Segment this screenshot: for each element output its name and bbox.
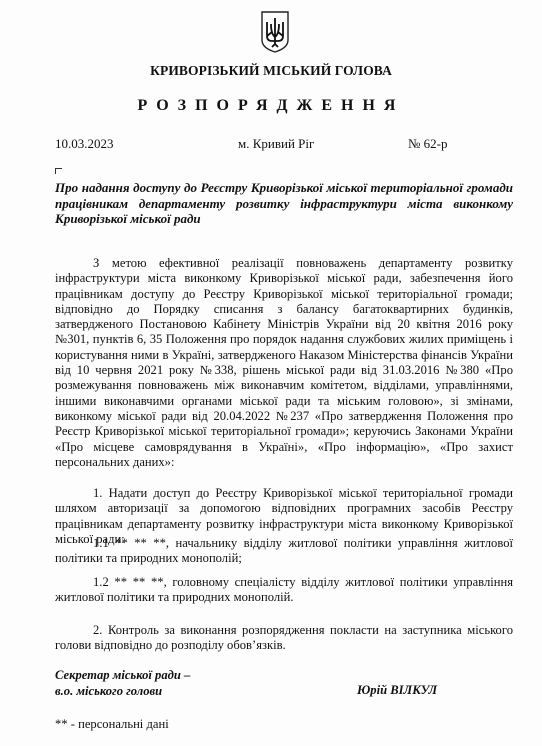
preamble-text: З метою ефективної реалізації повноважен…: [55, 256, 513, 469]
organization-title: КРИВОРІЗЬКИЙ МІСЬКИЙ ГОЛОВА: [0, 63, 542, 79]
item-1-1-text: 1.1 ** ** **, начальнику відділу житлово…: [55, 536, 513, 565]
document-city: м. Кривий Ріг: [238, 136, 314, 152]
document-type-heading: РОЗПОРЯДЖЕННЯ: [0, 97, 542, 115]
document-date: 10.03.2023: [55, 136, 114, 152]
item-1-1-paragraph: 1.1 ** ** **, начальнику відділу житлово…: [55, 536, 513, 567]
preamble-paragraph: З метою ефективної реалізації повноважен…: [55, 256, 513, 470]
corner-mark: [55, 168, 62, 174]
footnote: ** - персональні дані: [55, 717, 169, 732]
document-number: № 62-р: [408, 136, 447, 152]
signatory-position-line2: в.о. міського голови: [55, 683, 190, 699]
signatory-name: Юрій ВІЛКУЛ: [357, 683, 437, 698]
signatory-position-line1: Секретар міської ради –: [55, 667, 190, 683]
item-2-text: 2. Контроль за виконання розпорядження п…: [55, 623, 513, 652]
item-1-2-text: 1.2 ** ** **, головному спеціалісту відд…: [55, 575, 513, 604]
document-page: КРИВОРІЗЬКИЙ МІСЬКИЙ ГОЛОВА РОЗПОРЯДЖЕНН…: [0, 0, 542, 746]
signatory-position: Секретар міської ради – в.о. міського го…: [55, 667, 190, 699]
item-1-2-paragraph: 1.2 ** ** **, головному спеціалісту відд…: [55, 575, 513, 606]
item-2-paragraph: 2. Контроль за виконання розпорядження п…: [55, 623, 513, 654]
coat-of-arms-trident-icon: [260, 10, 290, 54]
document-subject: Про надання доступу до Реєстру Криворізь…: [55, 180, 513, 227]
